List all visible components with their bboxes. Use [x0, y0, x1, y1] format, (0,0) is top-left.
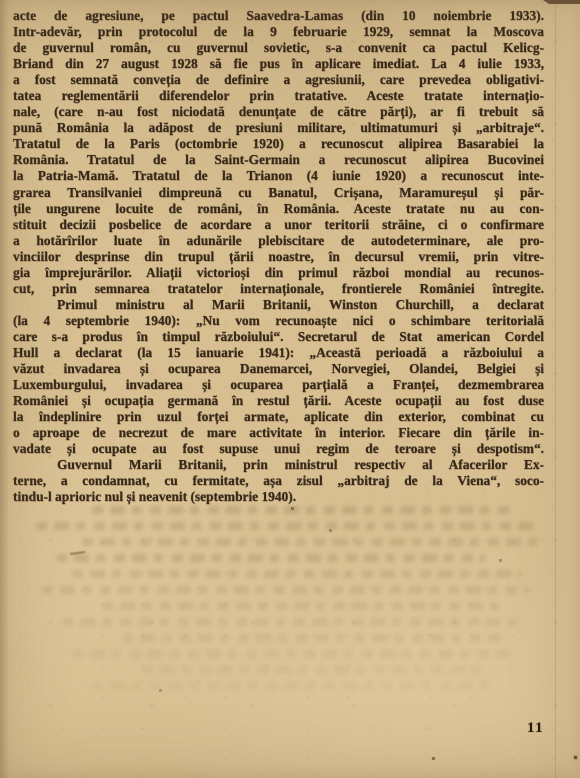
- bleed-through-row: [92, 506, 512, 514]
- text-line: gia împrejurărilor. Aliații victorioși d…: [13, 265, 544, 281]
- text-line: la îndeplinire prin uzul forței armate, …: [13, 409, 544, 425]
- page-text-block: acte de agresiune, pe pactul Saavedra-La…: [13, 8, 544, 505]
- text-line: România. Tratatul de la Saint-Germain a …: [13, 152, 544, 168]
- text-line: vadate și ocupate au fost supuse unui re…: [13, 441, 544, 457]
- text-line: Tratatul de la Paris (octombrie 1920) a …: [13, 136, 544, 152]
- text-line: văzut invadarea și ocuparea Danemarcei, …: [13, 361, 544, 377]
- text-line: pună România la adăpost de presiuni mili…: [13, 120, 544, 136]
- text-line: Intr-adevăr, prin protocolul de la 9 feb…: [13, 24, 544, 40]
- text-line: țile ungurene locuite de români, în Româ…: [13, 201, 544, 217]
- text-line: României și ocupația germană în restul ț…: [13, 393, 544, 409]
- bleed-through-row: [72, 570, 522, 578]
- scan-mark-top-right: [543, 0, 580, 4]
- bleed-through-row: [62, 618, 520, 626]
- right-edge-highlight: [556, 0, 580, 778]
- paper-specks: [0, 0, 1, 1]
- text-line: care s-a produs în timpul războiului“. S…: [13, 329, 544, 345]
- bleed-through-row: [36, 522, 536, 530]
- text-line: Hull a declarat (la 15 ianuarie 1941): „…: [13, 345, 544, 361]
- bleed-through-row: [102, 602, 502, 610]
- text-line: grarea Transilvaniei dimpreună cu Banatu…: [13, 185, 544, 201]
- text-line: Luxemburgului, invadarea și ocuparea par…: [13, 377, 544, 393]
- text-line: a hotărîrilor luate în adunările plebisc…: [13, 233, 544, 249]
- bleed-through-row: [72, 650, 510, 658]
- text-line: la Patria-Mamă. Tratatul de la Trianon (…: [13, 168, 544, 184]
- bleed-through-row: [42, 586, 530, 594]
- bleed-through-row: [142, 666, 492, 674]
- text-line: o aproape de necrezut de mare activitate…: [13, 425, 544, 441]
- text-line: Guvernul Marii Britanii, prin ministrul …: [13, 457, 544, 473]
- bleed-through-row: [56, 554, 486, 562]
- bleed-through-row: [92, 682, 490, 690]
- bleed-through-row: [122, 634, 502, 642]
- text-line: terne, a condamnat, cu fermitate, așa zi…: [13, 473, 544, 489]
- text-line: tindu-l aprioric nul și neavenit (septem…: [13, 489, 544, 505]
- book-page-scan: acte de agresiune, pe pactul Saavedra-La…: [0, 0, 580, 778]
- text-line: acte de agresiune, pe pactul Saavedra-La…: [13, 8, 544, 24]
- text-line: (la 4 septembrie 1940): „Nu vom recunoaș…: [13, 313, 544, 329]
- left-edge-shadow: [0, 0, 9, 778]
- bleed-through-row: [82, 538, 540, 546]
- paragraph: Primul ministru al Marii Britanii, Winst…: [13, 297, 544, 457]
- bleed-through-ghost-text: [0, 506, 580, 698]
- text-line: Primul ministru al Marii Britanii, Winst…: [13, 297, 544, 313]
- paragraph: Guvernul Marii Britanii, prin ministrul …: [13, 457, 544, 505]
- text-line: stituit decizii posbelice de acordare a …: [13, 217, 544, 233]
- paragraph: acte de agresiune, pe pactul Saavedra-La…: [13, 8, 544, 297]
- text-line: tatea reglementării diferendelor prin tr…: [13, 88, 544, 104]
- text-line: de guvernul român, cu guvernul sovietic,…: [13, 40, 544, 56]
- page-number: 11: [527, 720, 544, 737]
- ink-dash-mark: [70, 551, 85, 555]
- text-line: nale, (care n-au fost niciodată denunțat…: [13, 104, 544, 120]
- right-crease-line: [555, 0, 556, 778]
- text-line: a fost semnată conveția de definire a ag…: [13, 72, 544, 88]
- text-line: Briand din 27 august 1928 să fie pus în …: [13, 56, 544, 72]
- text-line: cut, prin semnarea tratatelor internațio…: [13, 281, 544, 297]
- text-line: vinciilor desprinse din trupul țării noa…: [13, 249, 544, 265]
